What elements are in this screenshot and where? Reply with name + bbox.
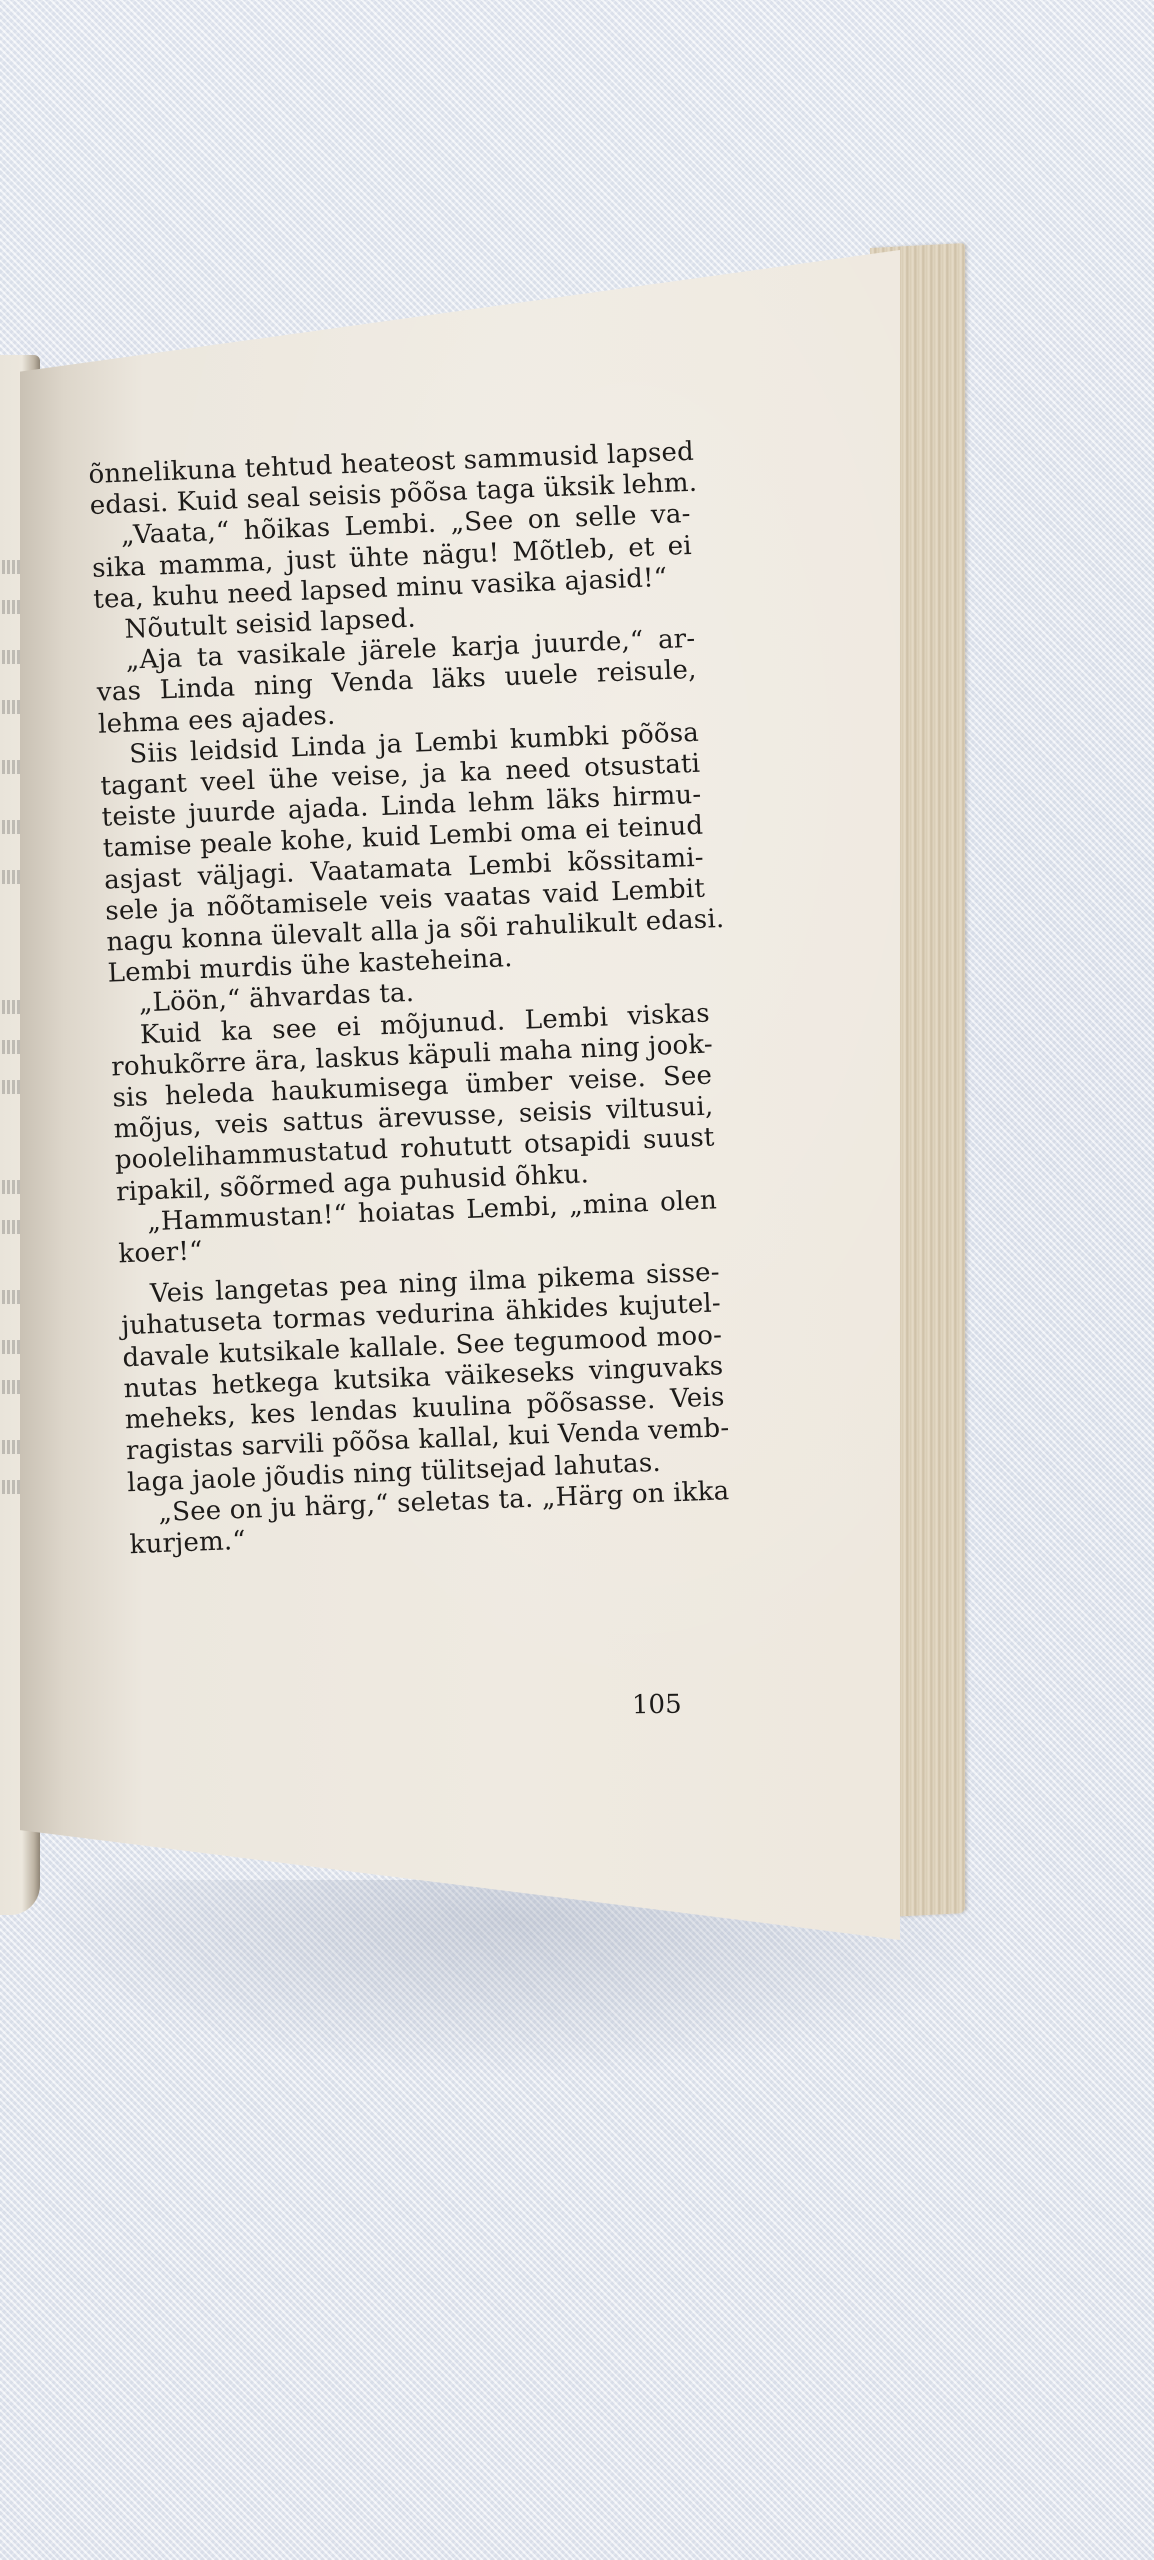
page-number: 105: [632, 1690, 682, 1721]
page-body-text: õnnelikuna tehtud heateost sammusid laps…: [88, 437, 730, 1561]
